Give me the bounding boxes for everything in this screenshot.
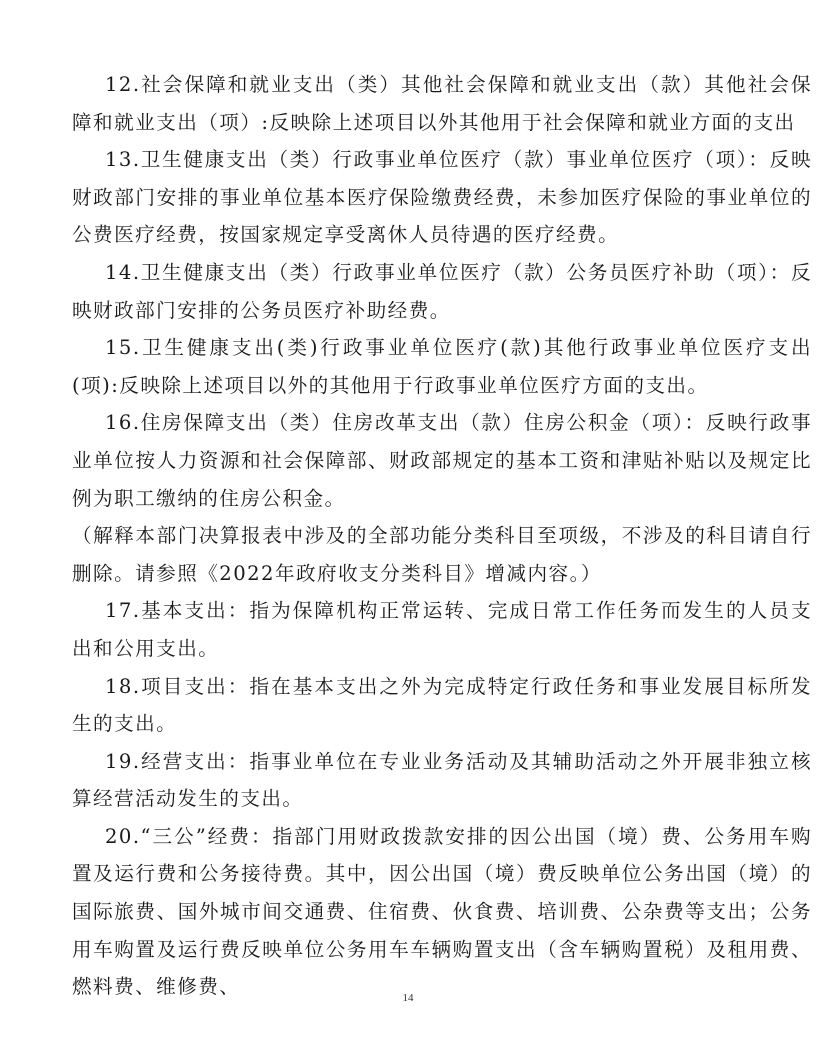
paragraph-item-12: 12.社会保障和就业支出（类）其他社会保障和就业支出（款）其他社会保障和就业支出… [72,66,812,141]
document-body: 12.社会保障和就业支出（类）其他社会保障和就业支出（款）其他社会保障和就业支出… [72,66,812,1006]
paragraph-item-13: 13.卫生健康支出（类）行政事业单位医疗（款）事业单位医疗（项）：反映财政部门安… [72,141,812,254]
page-number: 14 [0,992,816,1004]
paragraph-item-16: 16.住房保障支出（类）住房改革支出（款）住房公积金（项）：反映行政事业单位按人… [72,404,812,517]
paragraph-item-18: 18.项目支出：指在基本支出之外为完成特定行政任务和事业发展目标所发生的支出。 [72,668,812,743]
paragraph-item-15: 15.卫生健康支出(类)行政事业单位医疗(款)其他行政事业单位医疗支出(项):反… [72,329,812,404]
paragraph-item-14: 14.卫生健康支出（类）行政事业单位医疗（款）公务员医疗补助（项）：反映财政部门… [72,254,812,329]
paragraph-item-17: 17.基本支出：指为保障机构正常运转、完成日常工作任务而发生的人员支出和公用支出… [72,592,812,667]
paragraph-item-19: 19.经营支出：指事业单位在专业业务活动及其辅助活动之外开展非独立核算经营活动发… [72,743,812,818]
paragraph-note: （解释本部门决算报表中涉及的全部功能分类科目至项级，不涉及的科目请自行删除。请参… [72,517,812,592]
paragraph-item-20: 20.“三公”经费：指部门用财政拨款安排的因公出国（境）费、公务用车购置及运行费… [72,818,812,1006]
